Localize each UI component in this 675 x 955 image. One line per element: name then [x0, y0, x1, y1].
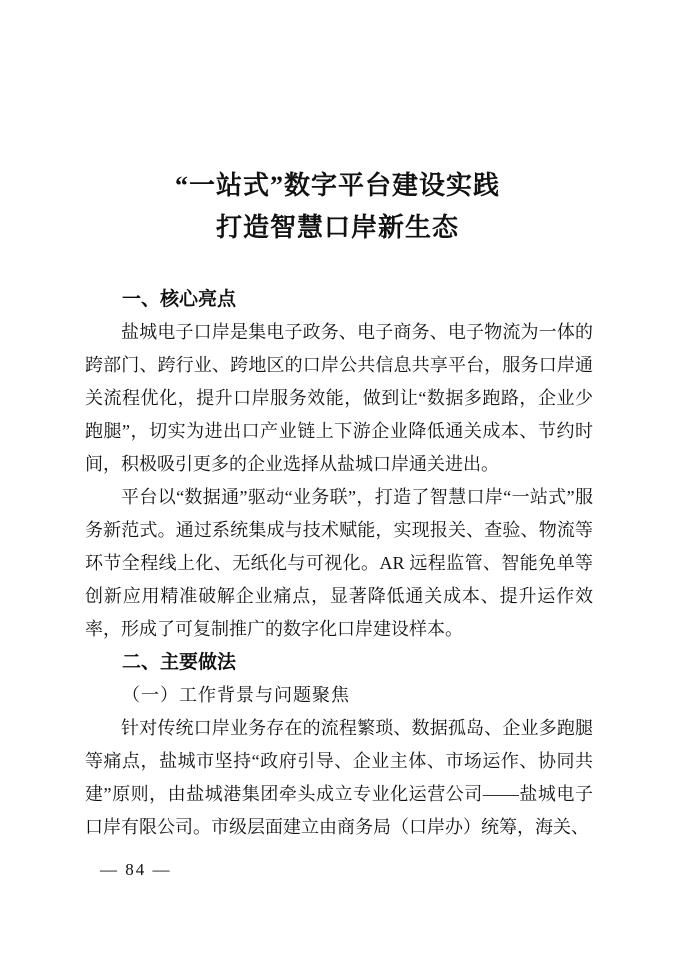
paragraph-background-measures: 针对传统口岸业务存在的流程繁琐、数据孤岛、企业多跑腿等痛点，盐城市坚持“政府引导…: [85, 712, 593, 844]
paragraph-platform-model: 平台以“数据通”驱动“业务联”，打造了智慧口岸“一站式”服务新范式。通过系统集成…: [85, 481, 593, 646]
document-page: “一站式”数字平台建设实践 打造智慧口岸新生态 一、核心亮点 盐城电子口岸是集电…: [0, 0, 675, 955]
paragraph-platform-overview: 盐城电子口岸是集电子政务、电子商务、电子物流为一体的跨部门、跨行业、跨地区的口岸…: [85, 316, 593, 481]
document-body: 一、核心亮点 盐城电子口岸是集电子政务、电子商务、电子物流为一体的跨部门、跨行业…: [85, 283, 593, 844]
section-heading-main-practices: 二、主要做法: [85, 646, 593, 679]
subsection-heading-background: （一）工作背景与问题聚焦: [85, 679, 593, 712]
document-title-line-2: 打造智慧口岸新生态: [0, 207, 675, 249]
section-heading-core-highlights: 一、核心亮点: [85, 283, 593, 316]
document-title-line-1: “一站式”数字平台建设实践: [0, 165, 675, 207]
document-title: “一站式”数字平台建设实践 打造智慧口岸新生态: [0, 0, 675, 249]
page-number: — 84 —: [100, 857, 172, 883]
